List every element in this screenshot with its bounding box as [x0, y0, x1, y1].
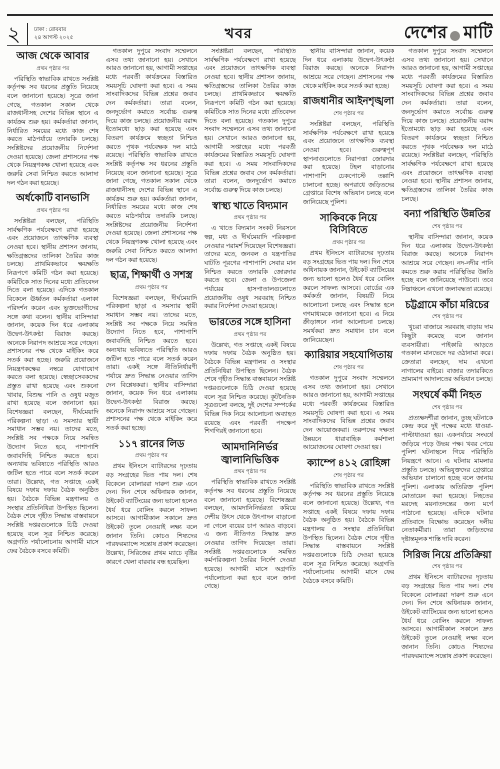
article-body: খুচরা বাজারে সরবরাহ বাড়ায় দাম কিছুটা ক…: [401, 324, 493, 385]
article: সংঘর্ষে কর্মী নিহত শেষ পৃষ্ঠার পর প্রত্য…: [401, 390, 493, 545]
continued-from-label: শেষ পৃষ্ঠার পর: [303, 364, 395, 373]
article-body: সংশ্লিষ্টরা বলছেন, পরিস্থিতি সার্বক্ষণিক…: [204, 48, 296, 196]
edition-line: ঢাকা : রোববার: [34, 27, 73, 34]
article: আজ থেকে আবার প্রথম পৃষ্ঠার পর পরিস্থিতি …: [7, 51, 99, 188]
continued-from-label: প্রথম পৃষ্ঠার পর: [7, 207, 99, 216]
article-body: উল্লেখ্য, গত সপ্তাহে একই বিষয়ে দফায় দফ…: [204, 342, 296, 438]
masthead-word-left: দেশের: [404, 20, 448, 48]
article: স্বাস্থ্য খাতে বিদ্যমান প্রথম পৃষ্ঠার পর…: [204, 201, 296, 312]
page-number: ২: [7, 24, 21, 45]
article: সাকিবকে নিয়ে বিসিবিতে প্রথম পৃষ্ঠার পর …: [303, 213, 395, 346]
article-headline: চট্টগ্রামে কাঁচা মরিচের: [401, 300, 493, 313]
article-headline: সাকিবকে নিয়ে বিসিবিতে: [303, 213, 395, 238]
article: ১১৭ রানের লিড প্রথম পৃষ্ঠার পর প্রথম ইনি…: [106, 439, 198, 568]
news-column-3: সংশ্লিষ্টরা বলছেন, পরিস্থিতি সার্বক্ষণিক…: [204, 48, 296, 769]
header-rule: [7, 45, 493, 46]
article-body: প্রথম ইনিংসে ব্যাটারদের দৃঢ়তায় বড় সংগ…: [303, 250, 395, 346]
article-body: প্রথম ইনিংসে ব্যাটারদের দৃঢ়তায় বড় সংগ…: [106, 463, 198, 567]
date-block: ঢাকা : রোববার ২৪ আগস্ট ২০২৫: [34, 27, 73, 41]
article: বন্যা পরিস্থিতি উন্নতির শেষ পৃষ্ঠার পর স…: [401, 209, 493, 294]
header-left: ২ ঢাকা : রোববার ২৪ আগস্ট ২০২৫: [7, 23, 73, 45]
masthead: দেশের মাটি: [404, 20, 493, 48]
continued-from-label: প্রথম পৃষ্ঠার পর: [204, 468, 296, 477]
article-body: গতকাল দুপুরে সংবাদ সম্মেলনে এসব তথ্য জান…: [401, 48, 493, 204]
article-body: এ খাতে বিদ্যমান সংকট নিরসনে স্বল্প, মধ্য…: [204, 225, 296, 312]
article: ক্যারিয়ার সহযোগিতায় শেষ পৃষ্ঠার পর গতক…: [303, 350, 395, 453]
article: অর্ধকোটি বানভাসি প্রথম পৃষ্ঠার পর সংশ্লি…: [7, 193, 99, 556]
article: রাজধানীর আইনশৃঙ্খলা শেষ পৃষ্ঠার পর সংশ্ল…: [303, 96, 395, 207]
article-headline: অর্ধকোটি বানভাসি: [7, 193, 99, 206]
article-headline: সংঘর্ষে কর্মী নিহত: [401, 390, 493, 403]
continued-from-label: শেষ পৃষ্ঠার পর: [401, 223, 493, 232]
continued-from-label: শেষ পৃষ্ঠার পর: [401, 313, 493, 322]
article-headline: ভারতের সঙ্গে হাসিনা: [204, 317, 296, 330]
continued-from-label: শেষ পৃষ্ঠার পর: [401, 563, 493, 572]
news-column-2: গতকাল দুপুরে সংবাদ সম্মেলনে এসব তথ্য জান…: [106, 48, 198, 769]
article: ছাত্র, শিক্ষার্থী ও সশস্ত্র প্রথম পৃষ্ঠা…: [106, 270, 198, 434]
article-body: স্থানীয় বাসিন্দারা জানান, কয়েক দিন ধরে…: [303, 48, 395, 91]
article-body: পরিস্থিতি স্বাভাবিক রাখতে সংশ্লিষ্ট কর্ত…: [303, 483, 395, 587]
date-line: ২৪ আগস্ট ২০২৫: [34, 35, 73, 42]
masthead-word-right: মাটি: [463, 20, 493, 48]
continued-from-label: শেষ পৃষ্ঠার পর: [401, 404, 493, 413]
article-continuation: সংশ্লিষ্টরা বলছেন, পরিস্থিতি সার্বক্ষণিক…: [204, 48, 296, 196]
news-column-1: আজ থেকে আবার প্রথম পৃষ্ঠার পর পরিস্থিতি …: [7, 48, 99, 769]
article-headline: আজ থেকে আবার: [7, 51, 99, 64]
article-body: প্রত্যক্ষদর্শীরা জানান, তুচ্ছ ঘটনাকে কেন…: [401, 415, 493, 545]
article-body: গতকাল দুপুরে সংবাদ সম্মেলনে এসব তথ্য জান…: [106, 48, 198, 265]
article: ক্যাম্পে ৪১২ রোহিঙ্গা শেষ পৃষ্ঠার পর পরি…: [303, 458, 395, 587]
article-continuation: গতকাল দুপুরে সংবাদ সম্মেলনে এসব তথ্য জান…: [401, 48, 493, 204]
article-body: বিশেষজ্ঞরা বলছেন, দীর্ঘমেয়াদি পরিকল্পনা…: [106, 295, 198, 434]
continued-from-label: প্রথম পৃষ্ঠার পর: [204, 331, 296, 340]
article-body: গতকাল দুপুরে সংবাদ সম্মেলনে এসব তথ্য জান…: [303, 375, 395, 453]
article-continuation: গতকাল দুপুরে সংবাদ সম্মেলনে এসব তথ্য জান…: [106, 48, 198, 265]
news-column-5: গতকাল দুপুরে সংবাদ সম্মেলনে এসব তথ্য জান…: [401, 48, 493, 769]
article: সিরিজ নিয়ে প্রতিক্রিয়া শেষ পৃষ্ঠার পর …: [401, 550, 493, 661]
article-continuation: স্থানীয় বাসিন্দারা জানান, কয়েক দিন ধরে…: [303, 48, 395, 91]
article-body: পরিস্থিতি স্বাভাবিক রাখতে সংশ্লিষ্ট কর্ত…: [7, 76, 99, 189]
continued-from-label: প্রথম পৃষ্ঠার পর: [106, 284, 198, 293]
continued-from-label: প্রথম পৃষ্ঠার পর: [7, 65, 99, 74]
article-body: স্থানীয় বাসিন্দারা জানান, কয়েক দিন ধরে…: [401, 234, 493, 295]
article: ভারতের সঙ্গে হাসিনা প্রথম পৃষ্ঠার পর উল্…: [204, 317, 296, 437]
article-headline: রাজধানীর আইনশৃঙ্খলা: [303, 96, 395, 109]
article: চট্টগ্রামে কাঁচা মরিচের শেষ পৃষ্ঠার পর খ…: [401, 300, 493, 385]
article-headline: স্বাস্থ্য খাতে বিদ্যমান: [204, 201, 296, 214]
article-headline: সিরিজ নিয়ে প্রতিক্রিয়া: [401, 550, 493, 563]
article-headline: ক্যারিয়ার সহযোগিতায়: [303, 350, 395, 363]
news-columns: আজ থেকে আবার প্রথম পৃষ্ঠার পর পরিস্থিতি …: [7, 48, 493, 769]
article-body: প্রথম ইনিংসে ব্যাটারদের দৃঢ়তায় বড় সংগ…: [401, 574, 493, 661]
newspaper-page: ২ ঢাকা : রোববার ২৪ আগস্ট ২০২৫ খবর দেশের …: [0, 0, 500, 769]
article-headline: ছাত্র, শিক্ষার্থী ও সশস্ত্র: [106, 270, 198, 283]
article-body: সংশ্লিষ্টরা বলছেন, পরিস্থিতি সার্বক্ষণিক…: [7, 218, 99, 557]
article-body: পরিস্থিতি স্বাভাবিক রাখতে সংশ্লিষ্ট কর্ত…: [204, 479, 296, 592]
news-column-4: স্থানীয় বাসিন্দারা জানান, কয়েক দিন ধরে…: [303, 48, 395, 769]
continued-from-label: শেষ পৃষ্ঠার পর: [303, 472, 395, 481]
article-headline: বন্যা পরিস্থিতি উন্নতির: [401, 209, 493, 222]
continued-from-label: শেষ পৃষ্ঠার পর: [303, 110, 395, 119]
continued-from-label: প্রথম পৃষ্ঠার পর: [204, 214, 296, 223]
article-headline: ক্যাম্পে ৪১২ রোহিঙ্গা: [303, 458, 395, 471]
header-divider: [27, 23, 29, 45]
article: আমদানিনির্ভর জ্বালানিভিত্তিক প্রথম পৃষ্ঠ…: [204, 442, 296, 592]
article-headline: ১১৭ রানের লিড: [106, 439, 198, 452]
continued-from-label: প্রথম পৃষ্ঠার পর: [106, 452, 198, 461]
masthead-logo-circle-icon: [450, 31, 460, 41]
page-header: ২ ঢাকা : রোববার ২৪ আগস্ট ২০২৫ খবর দেশের …: [7, 14, 493, 49]
article-headline: আমদানিনির্ভর জ্বালানিভিত্তিক: [204, 442, 296, 467]
article-body: সংশ্লিষ্টরা বলছেন, পরিস্থিতি সার্বক্ষণিক…: [303, 121, 395, 208]
continued-from-label: প্রথম পৃষ্ঠার পর: [303, 239, 395, 248]
section-title: খবর: [225, 22, 253, 46]
